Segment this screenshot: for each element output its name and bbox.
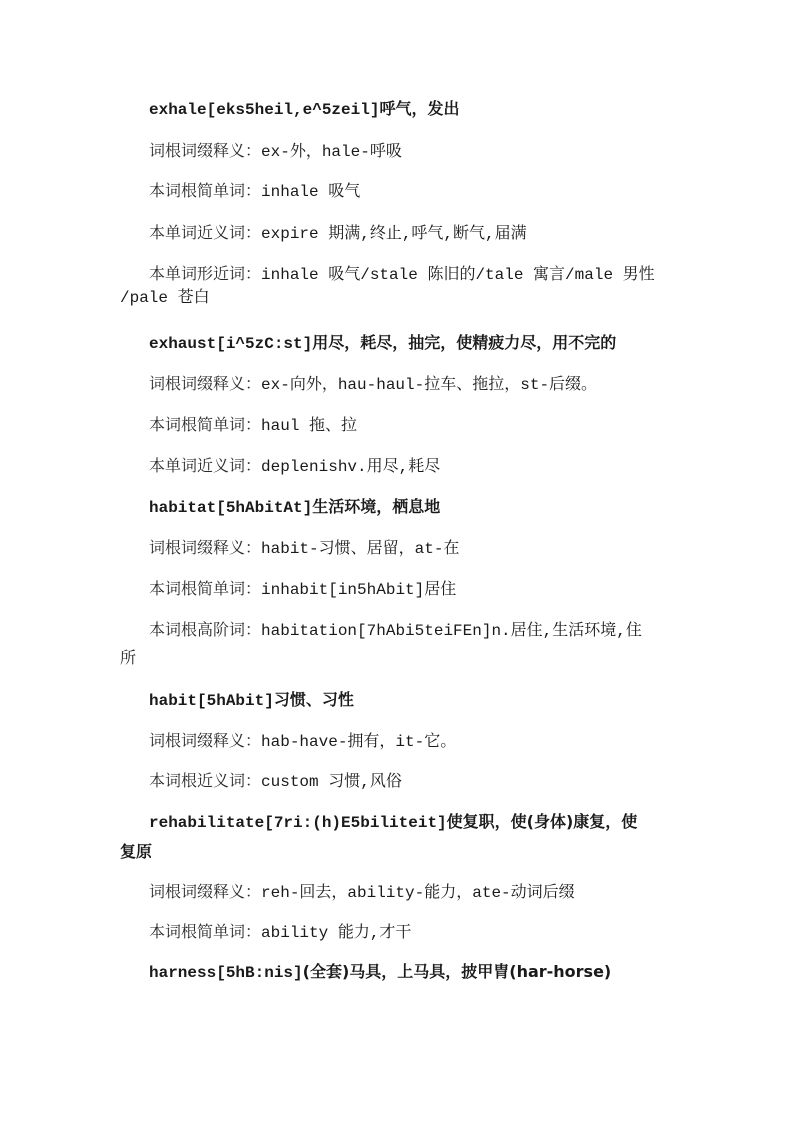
line-label: 本词根简单词： <box>149 922 261 941</box>
line-text: reh-回去，ability-能力，ate-动词后缀 <box>261 884 575 902</box>
headword: exhaust[i^5zC:st] <box>149 335 312 353</box>
line-label: 本单词近义词： <box>149 223 261 242</box>
line-label: 本词根简单词： <box>149 181 261 200</box>
line-text: hab-have-拥有，it-它。 <box>261 733 456 751</box>
headword-meaning: 用尽，耗尽，抽完，使精疲力尽，用不完的 <box>312 333 616 352</box>
line-text: 所 <box>120 648 136 667</box>
headword: habitat[5hAbitAt] <box>149 499 312 517</box>
line-label: 词根词缀释义： <box>149 374 261 393</box>
entry-line: 本词根近义词：custom 习惯,风俗 <box>120 769 674 794</box>
entry-headword: habit[5hAbit]习惯、习性 <box>120 688 674 713</box>
headword: habit[5hAbit] <box>149 692 274 710</box>
line-text: haul 拖、拉 <box>261 417 357 435</box>
headword-meaning: (全套)马具，上马具，披甲胄(har-horse) <box>303 962 612 981</box>
headword: exhale[eks5heil,e^5zeil] <box>149 101 379 119</box>
headword-meaning: 使复职，使(身体)康复，使 <box>447 812 638 831</box>
line-text: ex-向外，hau-haul-拉车、拖拉，st-后缀。 <box>261 376 597 394</box>
line-label: 词根词缀释义： <box>149 882 261 901</box>
entry-line: 本词根高阶词：habitation[7hAbi5teiFEn]n.居住,生活环境… <box>120 618 674 643</box>
line-text: inhabit[in5hAbit]居住 <box>261 581 456 599</box>
line-text: inhale 吸气/stale 陈旧的/tale 寓言/male 男性 <box>261 266 655 284</box>
line-label: 词根词缀释义： <box>149 141 261 160</box>
headword-meaning: 复原 <box>120 842 152 861</box>
line-label: 本单词形近词： <box>149 264 261 283</box>
entry-line: 本词根简单词：inhabit[in5hAbit]居住 <box>120 577 674 602</box>
entry-headword: exhale[eks5heil,e^5zeil]呼气，发出 <box>120 97 674 122</box>
line-text: inhale 吸气 <box>261 183 360 201</box>
entry-line-continuation: 所 <box>120 646 674 669</box>
line-text: /pale 苍白 <box>120 289 210 307</box>
entry-headword: rehabilitate[7ri:(h)E5biliteit]使复职，使(身体)… <box>120 810 674 835</box>
entry-line: 本词根简单词：haul 拖、拉 <box>120 413 674 438</box>
line-label: 本词根近义词： <box>149 771 261 790</box>
entry-line: 本词根简单词：ability 能力,才干 <box>120 920 674 945</box>
headword-meaning: 生活环境，栖息地 <box>312 497 440 516</box>
entry-line: 词根词缀释义：ex-外，hale-呼吸 <box>120 139 674 164</box>
headword: rehabilitate[7ri:(h)E5biliteit] <box>149 814 447 832</box>
line-text: ex-外，hale-呼吸 <box>261 143 402 161</box>
headword-meaning: 呼气，发出 <box>379 99 459 118</box>
entry-line: 本单词近义词：expire 期满,终止,呼气,断气,届满 <box>120 221 674 246</box>
line-label: 词根词缀释义： <box>149 731 261 750</box>
headword: harness[5hB:nis] <box>149 964 303 982</box>
line-text: custom 习惯,风俗 <box>261 773 402 791</box>
entry-line: 本单词近义词：deplenishv.用尽,耗尽 <box>120 454 674 479</box>
line-text: expire 期满,终止,呼气,断气,届满 <box>261 225 527 243</box>
line-label: 词根词缀释义： <box>149 538 261 557</box>
line-text: habitation[7hAbi5teiFEn]n.居住,生活环境,住 <box>261 622 642 640</box>
entry-line: 本词根简单词：inhale 吸气 <box>120 179 674 204</box>
entry-line-continuation: /pale 苍白 <box>120 285 674 310</box>
entry-line: 词根词缀释义：reh-回去，ability-能力，ate-动词后缀 <box>120 880 674 905</box>
line-text: deplenishv.用尽,耗尽 <box>261 458 440 476</box>
entry-headword: exhaust[i^5zC:st]用尽，耗尽，抽完，使精疲力尽，用不完的 <box>120 331 674 356</box>
entry-line: 本单词形近词：inhale 吸气/stale 陈旧的/tale 寓言/male … <box>120 262 674 287</box>
entry-line: 词根词缀释义：habit-习惯、居留，at-在 <box>120 536 674 561</box>
line-label: 本词根简单词： <box>149 579 261 598</box>
entry-line: 词根词缀释义：ex-向外，hau-haul-拉车、拖拉，st-后缀。 <box>120 372 674 397</box>
entry-headword: harness[5hB:nis](全套)马具，上马具，披甲胄(har-horse… <box>120 960 674 985</box>
entry-headword-continuation: 复原 <box>120 840 674 865</box>
line-text: ability 能力,才干 <box>261 924 411 942</box>
line-label: 本词根简单词： <box>149 415 261 434</box>
line-label: 本单词近义词： <box>149 456 261 475</box>
headword-meaning: 习惯、习性 <box>274 690 354 709</box>
line-label: 本词根高阶词： <box>149 620 261 639</box>
line-text: habit-习惯、居留，at-在 <box>261 540 459 558</box>
entry-headword: habitat[5hAbitAt]生活环境，栖息地 <box>120 495 674 520</box>
entry-line: 词根词缀释义：hab-have-拥有，it-它。 <box>120 729 674 754</box>
